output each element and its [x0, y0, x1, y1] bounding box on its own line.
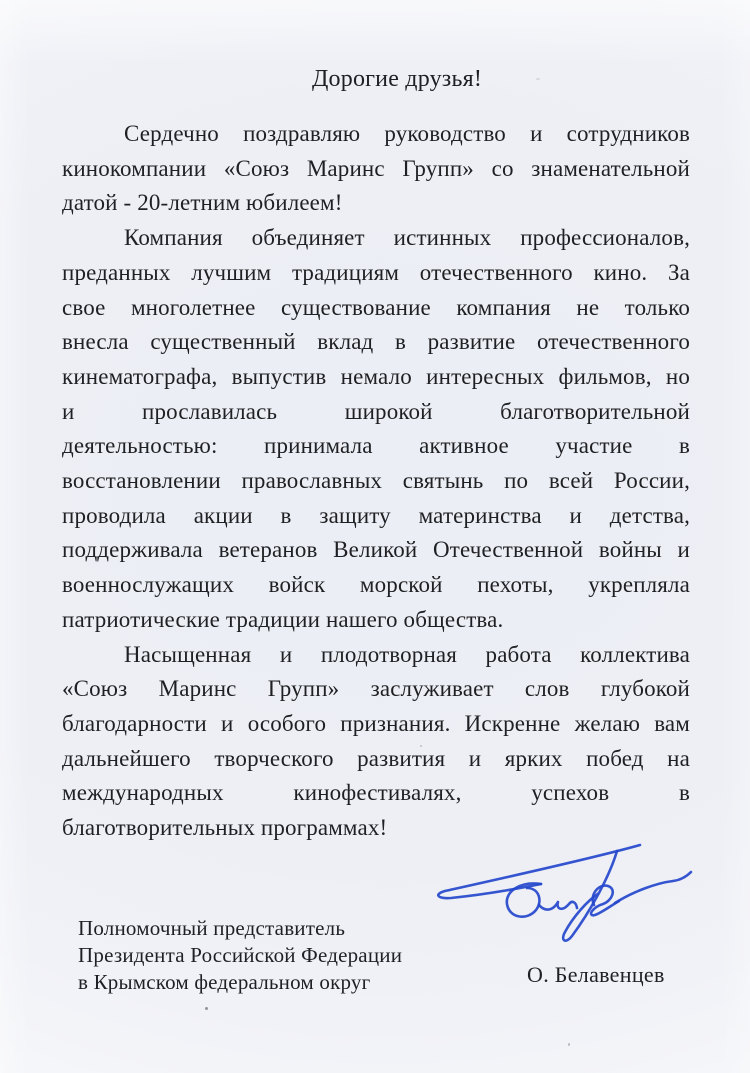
- paragraph-1: Сердечно поздравляю руководство и сотруд…: [62, 117, 690, 221]
- text-line: внесла существенный вклад в развитие оте…: [62, 325, 690, 360]
- text-line: военнослужащих войск морской пехоты, укр…: [62, 568, 690, 603]
- text-line: дальнейшего творческого развития и ярких…: [62, 742, 690, 777]
- text-line: и прославилась широкой благотворительной: [62, 395, 690, 430]
- signatory-title: Полномочный представитель Президента Рос…: [78, 915, 402, 996]
- signature-autograph: [428, 833, 696, 957]
- signatory-title-line: Полномочный представитель: [78, 915, 402, 942]
- signature-ink-icon: [428, 833, 696, 957]
- text-line: деятельностью: принимала активное участи…: [62, 429, 690, 464]
- scan-speck: [568, 1043, 570, 1046]
- scan-speck: [205, 1007, 208, 1010]
- letter-page: Дорогие друзья! Сердечно поздравляю руко…: [0, 0, 750, 1073]
- text-line: свое многолетнее существование компания …: [62, 291, 690, 326]
- text-line: восстановлении православных святынь по в…: [62, 464, 690, 499]
- text-line: «Союз Маринс Групп» заслуживает слов глу…: [62, 672, 690, 707]
- letter-salutation: Дорогие друзья!: [62, 62, 690, 97]
- text-line: кинематографа, выпустив немало интересны…: [62, 360, 690, 395]
- text-line: Компания объединяет истинных профессиона…: [62, 221, 690, 256]
- text-line: Насыщенная и плодотворная работа коллект…: [62, 638, 690, 673]
- signatory-title-line: Президента Российской Федерации: [78, 942, 402, 969]
- text-line: благодарности и особого признания. Искре…: [62, 707, 690, 742]
- text-line: Сердечно поздравляю руководство и сотруд…: [62, 117, 690, 152]
- text-line: преданных лучшим традициям отечественног…: [62, 256, 690, 291]
- text-line: проводила акции в защиту материнства и д…: [62, 499, 690, 534]
- text-line: международных кинофестивалях, успехов в: [62, 776, 690, 811]
- paragraph-2: Компания объединяет истинных профессиона…: [62, 221, 690, 637]
- text-line: поддерживала ветеранов Великой Отечестве…: [62, 533, 690, 568]
- signatory-title-line: в Крымском федеральном округ: [78, 969, 402, 996]
- text-line: патриотические традиции нашего общества.: [62, 603, 690, 638]
- signatory-name: О. Белавенцев: [527, 961, 665, 988]
- letter-body: Сердечно поздравляю руководство и сотруд…: [62, 117, 690, 846]
- paragraph-3: Насыщенная и плодотворная работа коллект…: [62, 638, 690, 846]
- text-line: датой - 20-летним юбилеем!: [62, 186, 690, 221]
- text-line: кинокомпании «Союз Маринс Групп» со знам…: [62, 152, 690, 187]
